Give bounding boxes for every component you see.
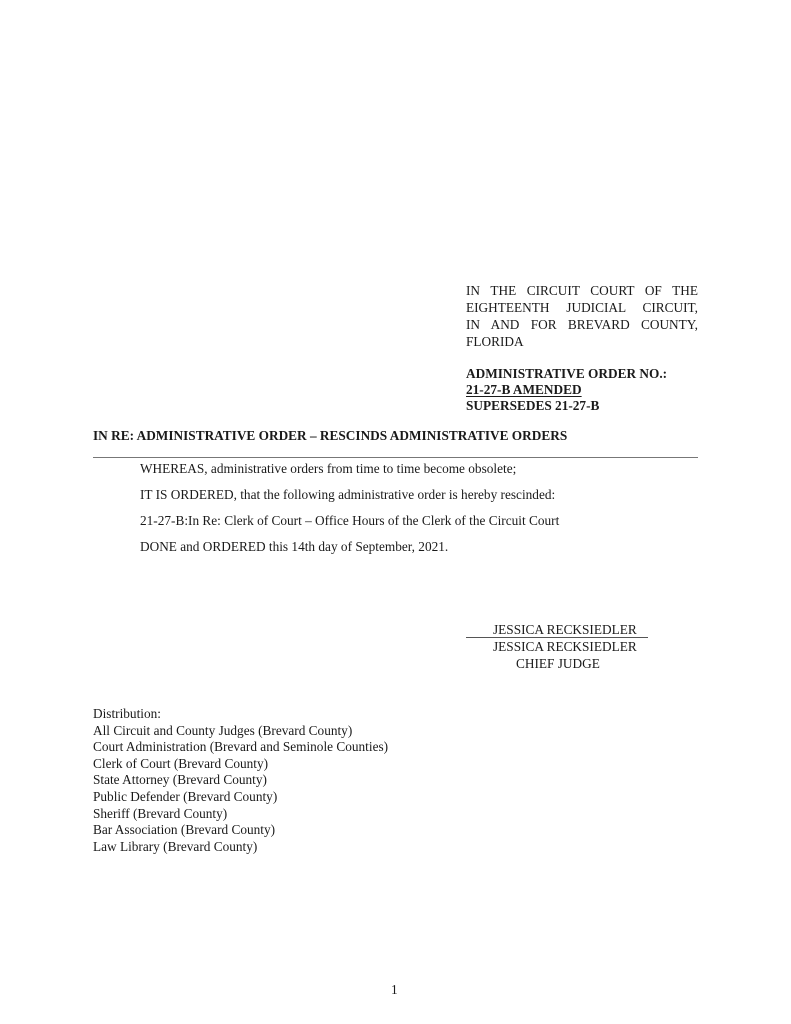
page-number: 1	[391, 982, 398, 998]
order-number: 21-27-B AMENDED	[466, 382, 582, 398]
done-and-ordered-line: DONE and ORDERED this 14th day of Septem…	[140, 539, 448, 555]
distribution-item: Court Administration (Brevard and Semino…	[93, 739, 388, 756]
distribution-item: All Circuit and County Judges (Brevard C…	[93, 723, 388, 740]
distribution-item: Clerk of Court (Brevard County)	[93, 756, 388, 773]
caption-line: EIGHTEENTH JUDICIAL CIRCUIT,	[466, 299, 698, 316]
caption-line: IN THE CIRCUIT COURT OF THE	[466, 282, 698, 299]
printed-name: JESSICA RECKSIEDLER	[493, 639, 637, 655]
judge-title: CHIEF JUDGE	[516, 656, 600, 672]
order-supersedes: SUPERSEDES 21-27-B	[466, 398, 667, 414]
rescinded-order-item: 21-27-B:In Re: Clerk of Court – Office H…	[140, 513, 559, 529]
distribution-item: State Attorney (Brevard County)	[93, 772, 388, 789]
whereas-clause: WHEREAS, administrative orders from time…	[140, 461, 516, 477]
in-re-heading: IN RE: ADMINISTRATIVE ORDER – RESCINDS A…	[93, 428, 567, 444]
distribution-item: Bar Association (Brevard County)	[93, 822, 388, 839]
caption-line: IN AND FOR BREVARD COUNTY,	[466, 316, 698, 333]
signature-line	[466, 637, 648, 638]
caption-line: FLORIDA	[466, 333, 698, 350]
distribution-heading: Distribution:	[93, 706, 388, 723]
distribution-item: Public Defender (Brevard County)	[93, 789, 388, 806]
ordered-clause: IT IS ORDERED, that the following admini…	[140, 487, 555, 503]
order-number-block: ADMINISTRATIVE ORDER NO.: 21-27-B AMENDE…	[466, 366, 667, 414]
distribution-item: Law Library (Brevard County)	[93, 839, 388, 856]
divider-rule	[93, 457, 698, 458]
order-label: ADMINISTRATIVE ORDER NO.:	[466, 366, 667, 382]
distribution-list: Distribution: All Circuit and County Jud…	[93, 706, 388, 855]
signature-name: JESSICA RECKSIEDLER	[493, 622, 637, 638]
court-caption: IN THE CIRCUIT COURT OF THE EIGHTEENTH J…	[466, 282, 698, 350]
distribution-item: Sheriff (Brevard County)	[93, 806, 388, 823]
